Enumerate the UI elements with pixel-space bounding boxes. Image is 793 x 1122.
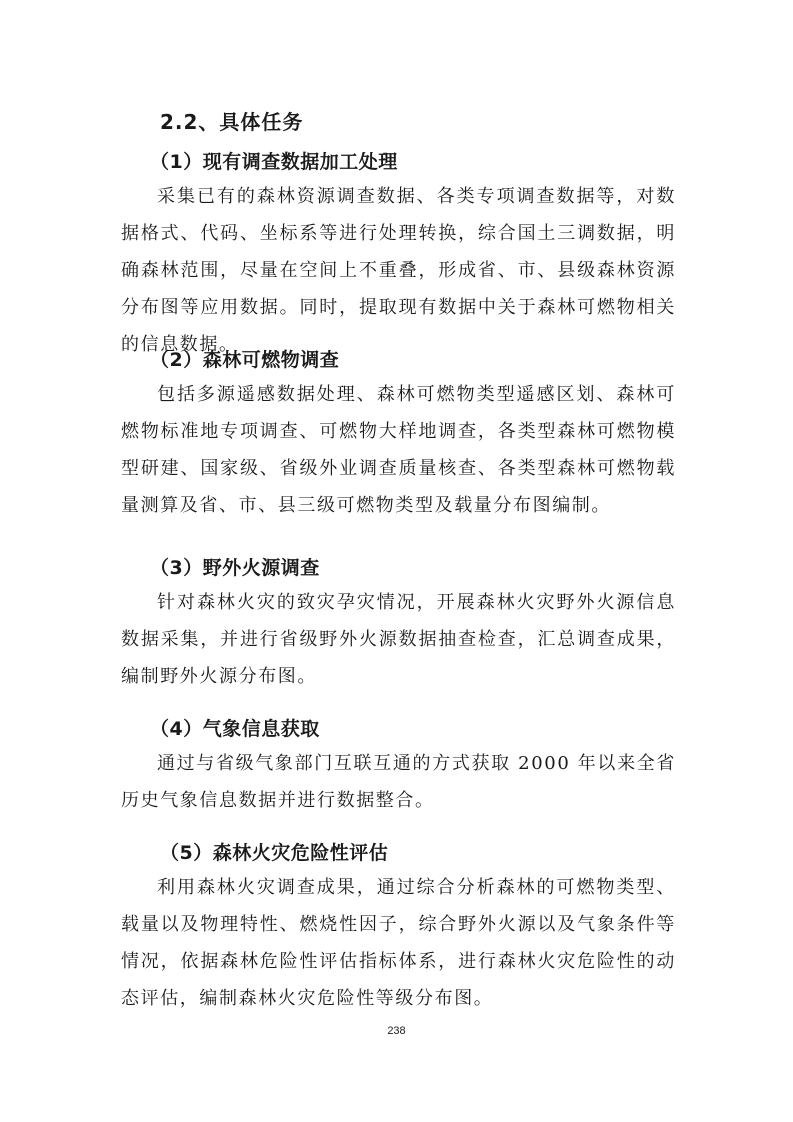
subsection-heading-2: （2）森林可燃物调查 — [150, 345, 339, 372]
paragraph: 包括多源遥感数据处理、森林可燃物类型遥感区划、森林可燃物标准地专项调查、可燃物大… — [121, 376, 676, 524]
document-page: 2.2、具体任务 （1）现有调查数据加工处理 采集已有的森林资源调查数据、各类专… — [0, 0, 793, 1122]
subsection-body-4: 通过与省级气象部门互联互通的方式获取 2000 年以来全省历史气象信息数据并进行… — [121, 745, 676, 819]
paragraph: 针对森林火灾的致灾孕灾情况，开展森林火灾野外火源信息数据采集，并进行省级野外火源… — [121, 584, 676, 695]
subsection-heading-4: （4）气象信息获取 — [150, 714, 320, 741]
page-number: 238 — [0, 1025, 793, 1037]
paragraph: 利用森林火灾调查成果，通过综合分析森林的可燃物类型、载量以及物理特性、燃烧性因子… — [121, 869, 676, 1017]
subsection-heading-3: （3）野外火源调查 — [150, 553, 320, 580]
paragraph: 采集已有的森林资源调查数据、各类专项调查数据等，对数据格式、代码、坐标系等进行处… — [121, 178, 676, 363]
section-heading: 2.2、具体任务 — [160, 106, 303, 135]
subsection-heading-5: （5）森林火灾危险性评估 — [160, 838, 388, 865]
subsection-body-2: 包括多源遥感数据处理、森林可燃物类型遥感区划、森林可燃物标准地专项调查、可燃物大… — [121, 376, 676, 524]
paragraph: 通过与省级气象部门互联互通的方式获取 2000 年以来全省历史气象信息数据并进行… — [121, 745, 676, 819]
subsection-body-1: 采集已有的森林资源调查数据、各类专项调查数据等，对数据格式、代码、坐标系等进行处… — [121, 178, 676, 363]
subsection-body-5: 利用森林火灾调查成果，通过综合分析森林的可燃物类型、载量以及物理特性、燃烧性因子… — [121, 869, 676, 1017]
subsection-body-3: 针对森林火灾的致灾孕灾情况，开展森林火灾野外火源信息数据采集，并进行省级野外火源… — [121, 584, 676, 695]
subsection-heading-1: （1）现有调查数据加工处理 — [150, 147, 398, 174]
